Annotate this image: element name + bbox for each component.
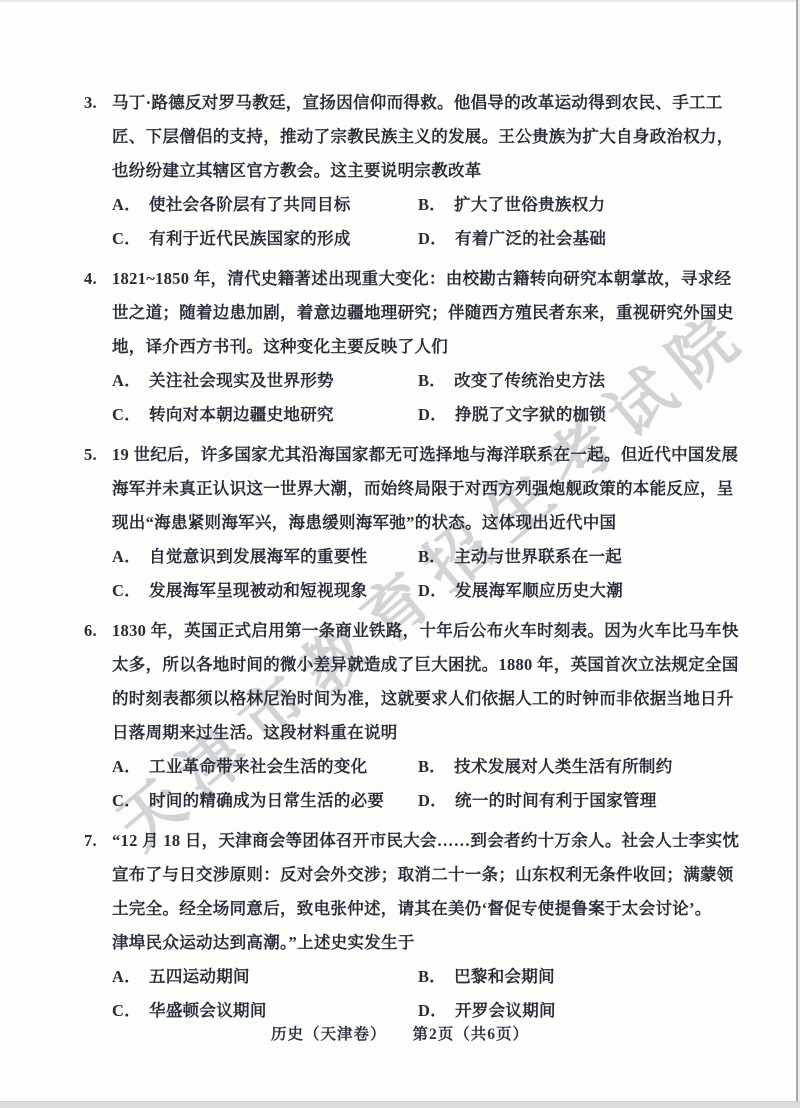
question-number: 7. [84, 824, 97, 858]
option-text: 开罗会议期间 [455, 1001, 556, 1020]
option-label: D． [418, 405, 447, 424]
option-text: 挣脱了文字狱的枷锁 [455, 405, 606, 424]
option-row: C．时间的精确成为日常生活的必要D．统一的时间有利于国家管理 [112, 784, 720, 818]
question-4: 4.1821~1850 年，清代史籍著述出现重大变化：由校勘古籍转向研究本朝掌故… [0, 262, 800, 432]
question-stem-line: 马丁·路德反对罗马教廷，宣扬因信仰而得救。他倡导的改革运动得到农民、手工工 [112, 86, 720, 120]
option-text: 工业革命带来社会生活的变化 [149, 757, 367, 776]
question-number: 3. [84, 86, 97, 120]
option-row: A．五四运动期间B．巴黎和会期间 [112, 960, 720, 994]
option-text: 技术发展对人类生活有所制约 [454, 757, 672, 776]
option-row: C．有利于近代民族国家的形成D．有着广泛的社会基础 [112, 222, 720, 256]
option-label: A． [112, 967, 141, 986]
footer-subject: 历史（天津卷） [271, 1026, 387, 1043]
question-stem-line: 也纷纷建立其辖区官方教会。这主要说明宗教改革 [112, 154, 720, 188]
option-5-B: B．主动与世界联系在一起 [418, 540, 720, 574]
question-stem-line: 土完全。经全场同意后，致电张仲述，请其在美仍‘督促专使提鲁案于太会讨论’。 [112, 892, 720, 926]
question-stem-line: 19 世纪后，许多国家尤其沿海国家都无可选择地与海洋联系在一起。但近代中国发展 [112, 438, 720, 472]
question-stem-line: 太多，所以各地时间的微小差异就造成了巨大困扰。1880 年，英国首次立法规定全国 [112, 648, 720, 682]
option-row: A．关注社会现实及世界形势B．改变了传统治史方法 [112, 364, 720, 398]
option-label: C． [112, 1001, 141, 1020]
option-5-C: C．发展海军呈现被动和短视现象 [112, 574, 418, 608]
option-text: 自觉意识到发展海军的重要性 [149, 547, 367, 566]
scan-edge-top [0, 0, 800, 2]
question-stem-line: 地，译介西方书刊。这种变化主要反映了人们 [112, 330, 720, 364]
option-text: 使社会各阶层有了共同目标 [149, 195, 351, 214]
option-label: C． [112, 405, 141, 424]
option-text: 华盛顿会议期间 [149, 1001, 267, 1020]
option-6-D: D．统一的时间有利于国家管理 [418, 784, 720, 818]
option-6-B: B．技术发展对人类生活有所制约 [418, 750, 720, 784]
option-text: 有利于近代民族国家的形成 [149, 229, 351, 248]
question-stem-line: 海军并未真正认识这一世界大潮，而始终局限于对西方列强炮舰政策的本能反应，呈 [112, 472, 720, 506]
option-text: 发展海军顺应历史大潮 [455, 581, 623, 600]
option-row: C．发展海军呈现被动和短视现象D．发展海军顺应历史大潮 [112, 574, 720, 608]
option-7-A: A．五四运动期间 [112, 960, 418, 994]
option-label: D． [418, 581, 447, 600]
question-stem-line: 日落周期来过生活。这段材料重在说明 [112, 716, 720, 750]
option-4-B: B．改变了传统治史方法 [418, 364, 720, 398]
option-4-C: C．转向对本朝边疆史地研究 [112, 398, 418, 432]
option-5-D: D．发展海军顺应历史大潮 [418, 574, 720, 608]
option-text: 五四运动期间 [149, 967, 250, 986]
option-3-A: A．使社会各阶层有了共同目标 [112, 188, 418, 222]
question-number: 5. [84, 438, 97, 472]
questions-area: 3.马丁·路德反对罗马教廷，宣扬因信仰而得救。他倡导的改革运动得到农民、手工工匠… [0, 86, 800, 1034]
option-row: A．工业革命带来社会生活的变化B．技术发展对人类生活有所制约 [112, 750, 720, 784]
option-5-A: A．自觉意识到发展海军的重要性 [112, 540, 418, 574]
question-stem-line: 津埠民众运动达到高潮。”上述史实发生于 [112, 926, 720, 960]
question-number: 6. [84, 614, 97, 648]
question-stem-line: “12 月 18 日，天津商会等团体召开市民大会……到会者约十万余人。社会人士李… [112, 824, 720, 858]
option-label: A． [112, 547, 141, 566]
question-5: 5.19 世纪后，许多国家尤其沿海国家都无可选择地与海洋联系在一起。但近代中国发… [0, 438, 800, 608]
option-label: A． [112, 371, 141, 390]
scan-edge-right [796, 0, 798, 1108]
option-label: C． [112, 791, 141, 810]
option-text: 时间的精确成为日常生活的必要 [149, 791, 384, 810]
option-label: A． [112, 195, 141, 214]
option-label: B． [418, 967, 446, 986]
option-7-B: B．巴黎和会期间 [418, 960, 720, 994]
option-text: 改变了传统治史方法 [454, 371, 605, 390]
option-3-D: D．有着广泛的社会基础 [418, 222, 720, 256]
option-row: A．自觉意识到发展海军的重要性B．主动与世界联系在一起 [112, 540, 720, 574]
option-row: C．转向对本朝边疆史地研究D．挣脱了文字狱的枷锁 [112, 398, 720, 432]
question-stem-line: 世之道；随着边患加剧，着意边疆地理研究；伴随西方殖民者东来，重视研究外国史 [112, 296, 720, 330]
option-text: 有着广泛的社会基础 [455, 229, 606, 248]
option-text: 统一的时间有利于国家管理 [455, 791, 657, 810]
option-4-A: A．关注社会现实及世界形势 [112, 364, 418, 398]
option-6-A: A．工业革命带来社会生活的变化 [112, 750, 418, 784]
option-text: 发展海军呈现被动和短视现象 [149, 581, 367, 600]
footer-page-indicator: 第2页（共6页） [413, 1026, 530, 1043]
exam-page: 天津市教育招生考试院 3.马丁·路德反对罗马教廷，宣扬因信仰而得救。他倡导的改革… [0, 0, 800, 1108]
option-3-C: C．有利于近代民族国家的形成 [112, 222, 418, 256]
option-label: B． [418, 371, 446, 390]
question-stem-line: 匠、下层僧侣的支持，推动了宗教民族主义的发展。王公贵族为扩大自身政治权力， [112, 120, 720, 154]
option-4-D: D．挣脱了文字狱的枷锁 [418, 398, 720, 432]
option-label: C． [112, 229, 141, 248]
question-stem-line: 1821~1850 年，清代史籍著述出现重大变化：由校勘古籍转向研究本朝掌故，寻… [112, 262, 720, 296]
option-label: D． [418, 1001, 447, 1020]
option-3-B: B．扩大了世俗贵族权力 [418, 188, 720, 222]
question-stem-line: 1830 年，英国正式启用第一条商业铁路，十年后公布火车时刻表。因为火车比马车快 [112, 614, 720, 648]
option-text: 转向对本朝边疆史地研究 [149, 405, 334, 424]
option-6-C: C．时间的精确成为日常生活的必要 [112, 784, 418, 818]
question-stem-line: 的时刻表都须以格林尼治时间为准，这就要求人们依据人工的时钟而非依据当地日升 [112, 682, 720, 716]
question-number: 4. [84, 262, 97, 296]
scan-edge-bottom [0, 1101, 800, 1108]
option-text: 巴黎和会期间 [454, 967, 555, 986]
option-label: D． [418, 791, 447, 810]
option-label: C． [112, 581, 141, 600]
option-label: B． [418, 195, 446, 214]
page-footer: 历史（天津卷）第2页（共6页） [0, 1022, 800, 1044]
option-label: A． [112, 757, 141, 776]
option-text: 扩大了世俗贵族权力 [454, 195, 605, 214]
question-stem-line: 现出“海患紧则海军兴，海患缓则海军弛”的状态。这体现出近代中国 [112, 506, 720, 540]
option-label: D． [418, 229, 447, 248]
option-text: 主动与世界联系在一起 [454, 547, 622, 566]
question-3: 3.马丁·路德反对罗马教廷，宣扬因信仰而得救。他倡导的改革运动得到农民、手工工匠… [0, 86, 800, 256]
option-text: 关注社会现实及世界形势 [149, 371, 334, 390]
question-stem-line: 宣布了与日交涉原则：反对会外交涉；取消二十一条；山东权利无条件收回；满蒙领 [112, 858, 720, 892]
question-7: 7.“12 月 18 日，天津商会等团体召开市民大会……到会者约十万余人。社会人… [0, 824, 800, 1028]
option-row: A．使社会各阶层有了共同目标B．扩大了世俗贵族权力 [112, 188, 720, 222]
option-label: B． [418, 757, 446, 776]
option-label: B． [418, 547, 446, 566]
question-6: 6.1830 年，英国正式启用第一条商业铁路，十年后公布火车时刻表。因为火车比马… [0, 614, 800, 818]
